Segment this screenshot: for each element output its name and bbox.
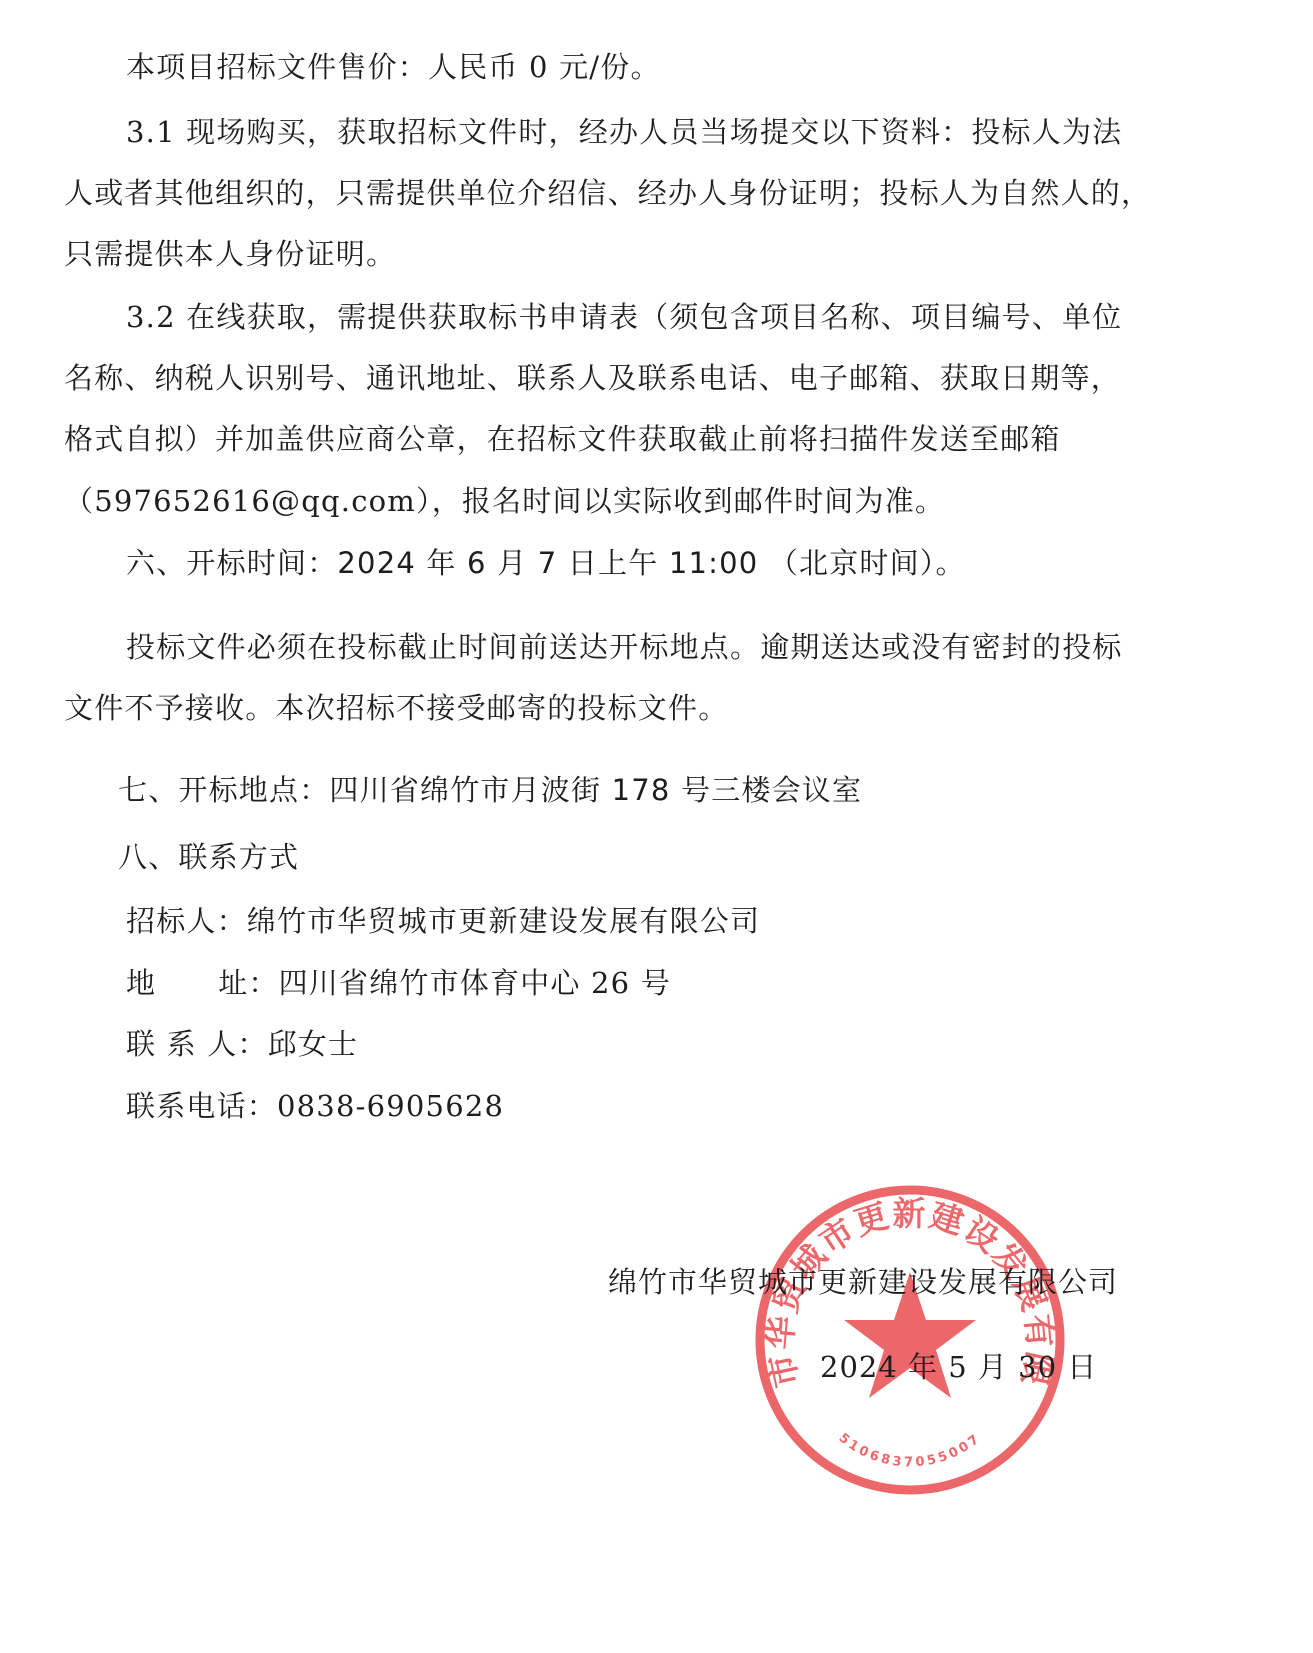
address-label: 址：	[218, 966, 278, 1000]
price-line: 本项目招标文件售价：人民币 0 元/份。	[126, 50, 661, 84]
section-3-2-line: 3.2 在线获取，需提供获取标书申请表（须包含项目名称、项目编号、单位	[126, 300, 1122, 334]
section-3-2-email-line: （597652616@qq.com），报名时间以实际收到邮件时间为准。	[64, 484, 945, 518]
contact-label: 联 系 人：	[126, 1027, 268, 1061]
section-3-1-line: 人或者其他组织的，只需提供单位介绍信、经办人身份证明；投标人为自然人的，	[64, 176, 1151, 210]
contact-person-line: 联 系 人：邱女士	[126, 1027, 358, 1061]
address-line: 地址：四川省绵竹市体育中心 26 号	[126, 966, 671, 1000]
section-6-bid-opening-time: 六、开标时间：2024 年 6 月 7 日上午 11:00 （北京时间）。	[126, 546, 966, 580]
signature-date: 2024 年 5 月 30 日	[820, 1350, 1097, 1384]
address-label: 地	[126, 966, 156, 1000]
company-seal-icon: 绵竹市华贸城市更新建设发展有限公司 5106837055007	[750, 1180, 1070, 1500]
section-7-bid-opening-location: 七、开标地点：四川省绵竹市月波街 178 号三楼会议室	[118, 773, 862, 807]
section-3-1-line: 3.1 现场购买，获取招标文件时，经办人员当场提交以下资料：投标人为法	[126, 115, 1122, 149]
section-3-2-line: 格式自拟）并加盖供应商公章，在招标文件获取截止前将扫描件发送至邮箱	[64, 422, 1061, 456]
phone-line: 联系电话：0838-6905628	[126, 1089, 504, 1123]
notice-line: 文件不予接收。本次招标不接受邮寄的投标文件。	[64, 691, 728, 725]
contact-value: 邱女士	[268, 1027, 359, 1061]
signature-company: 绵竹市华贸城市更新建设发展有限公司	[608, 1265, 1118, 1299]
notice-line: 投标文件必须在投标截止时间前送达开标地点。逾期送达或没有密封的投标	[126, 630, 1123, 664]
section-8-contact-heading: 八、联系方式	[118, 840, 299, 874]
address-value: 四川省绵竹市体育中心 26 号	[279, 966, 671, 1000]
section-3-2-line: 名称、纳税人识别号、通讯地址、联系人及联系电话、电子邮箱、获取日期等，	[64, 361, 1121, 395]
tenderer: 招标人：绵竹市华贸城市更新建设发展有限公司	[126, 904, 760, 938]
section-3-1-line: 只需提供本人身份证明。	[64, 237, 396, 271]
svg-text:5106837055007: 5106837055007	[836, 1431, 985, 1471]
